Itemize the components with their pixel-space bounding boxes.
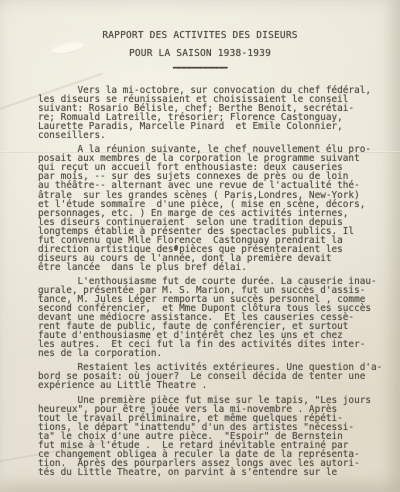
report-paragraph-council: Vers la mi-octobre, sur convocation du c…	[38, 86, 382, 140]
document-page: RAPPORT DES ACTIVITES DES DISEURS POUR L…	[0, 0, 400, 492]
report-body: Vers la mi-octobre, sur convocation du c…	[38, 86, 382, 482]
report-paragraph-piece: Une première pièce fut mise sur le tapis…	[38, 396, 382, 477]
report-title-line2: POUR LA SAISON 1938-1939	[0, 48, 400, 59]
report-title-line1: RAPPORT DES ACTIVITES DES DISEURS	[0, 30, 400, 41]
title-underline-rule: ——————————	[0, 62, 400, 73]
report-paragraph-program: A la réunion suivante, le chef nouvellem…	[38, 145, 382, 272]
report-paragraph-exterieures: Restaient les activités extérieures. Une…	[38, 363, 382, 390]
report-paragraph-causeries: L'enthousiasme fut de courte durée. La c…	[38, 277, 382, 358]
